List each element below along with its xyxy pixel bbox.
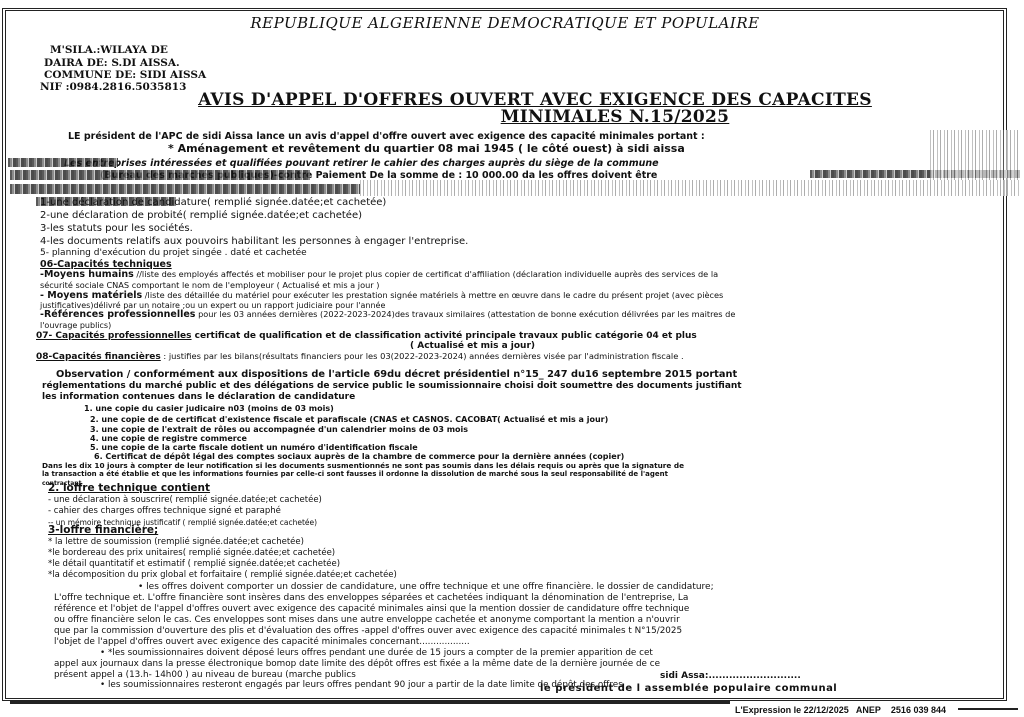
dossier-item-4: 4-les documents relatifs aux pouvoirs ha…	[40, 236, 468, 247]
publication-name: L'Expression le 22/12/2025	[735, 705, 849, 715]
references-text: pour les 03 années dernières (2022-2023-…	[195, 309, 735, 319]
dossier-item-3: 3-les statuts pour les sociétés.	[40, 223, 193, 234]
conditions-line6: l'objet de l'appel d'offres ouvert avec …	[54, 637, 470, 648]
observation-closing2: la transaction a été établie et que les …	[42, 469, 668, 480]
references-text2: l'ouvrage publics)	[40, 320, 111, 331]
observation-line3: les information contenues dans le déclar…	[42, 392, 355, 403]
capacites-financieres-text: : justifies par les bilans(résultats fin…	[161, 351, 684, 361]
capacites-professionnelles-heading: 07- Capacités professionnelles	[36, 331, 192, 341]
signature-place: sidi Assa:...........................	[660, 671, 801, 682]
conditions-line7: • *les soumissionnaires doivent déposé l…	[100, 648, 653, 659]
capacites-financieres-heading: 08-Capacités financières	[36, 352, 161, 362]
conditions-line4: ou offre financière selon le cas. Ces en…	[54, 615, 680, 626]
scan-noise	[10, 170, 310, 180]
offre-technique-item-1: - une déclaration à souscrire( remplié s…	[48, 495, 322, 506]
notice-title-line2: MINIMALES N.15/2025	[80, 107, 1024, 127]
daira-line: DAIRA DE: S.DI AISSA.	[44, 57, 180, 69]
conditions-line3: référence et l'objet de l'appel d'offres…	[54, 604, 689, 615]
scan-noise	[930, 130, 1020, 180]
signature-title: le président de l assemblée populaire co…	[540, 683, 837, 694]
moyens-humains-text: //liste des employés affectés et mobilis…	[134, 269, 718, 279]
dossier-item-2: 2-une déclaration de probité( remplié si…	[40, 210, 362, 221]
publication-footer: L'Expression le 22/12/2025 ANEP 2516 039…	[735, 705, 946, 715]
reference-number: 2516 039 844	[891, 705, 946, 715]
intro-line1: LE président de l'APC de sidi Aissa lanc…	[68, 131, 705, 142]
intro-project: * Aménagement et revêtement du quartier …	[168, 143, 685, 154]
moyens-materiels-text: /liste des détaillée du matériel pour ex…	[142, 290, 723, 300]
dossier-item-5: 5- planning d'exécution du projet singée…	[40, 248, 307, 259]
wilaya-line: M'SILA.:WILAYA DE	[50, 44, 168, 56]
observation-line1: Observation / conformément aux dispositi…	[56, 369, 737, 380]
offre-financiere-item-1: * la lettre de soumission (remplié signé…	[48, 537, 304, 548]
scan-noise	[360, 180, 1020, 196]
republic-heading: REPUBLIQUE ALGERIENNE DEMOCRATIQUE ET PO…	[0, 14, 1010, 32]
conditions-line5: que par la commission d'ouverture des pl…	[54, 626, 682, 637]
offre-financiere-item-4: *la décomposition du prix global et forf…	[48, 570, 397, 581]
conditions-line1: • les offres doivent comporter un dossie…	[138, 582, 714, 593]
scan-noise	[10, 184, 360, 194]
conditions-line2: L'offre technique et. L'offre financière…	[54, 593, 688, 604]
footer-rule	[10, 701, 730, 704]
capacites-financieres: 08-Capacités financières : justifies par…	[36, 351, 684, 363]
offre-technique-heading: 2. loffre technique contient	[48, 483, 210, 494]
capacites-professionnelles-text: certificat de qualification et de classi…	[192, 331, 697, 341]
dossier-item-1: 1-une déclaration de candidature( rempli…	[40, 197, 386, 208]
footer-rule-right	[958, 708, 1018, 710]
moyens-humains: -Moyens humains //liste des employés aff…	[40, 269, 718, 280]
observation-line2: réglementations du marché public et des …	[42, 381, 742, 392]
moyens-humains-label: -Moyens humains	[40, 269, 134, 280]
offre-technique-item-2: - cahier des charges offres technique si…	[48, 506, 281, 517]
offre-financiere-item-3: *le détail quantitatif et estimatif ( re…	[48, 559, 340, 570]
offre-financiere-heading: 3-loffre financière;	[48, 525, 158, 536]
references: -Références professionnelles pour les 03…	[40, 309, 735, 320]
intro-line3: Les entreprises intéressées et qualifiée…	[64, 158, 659, 169]
agency-name: ANEP	[856, 705, 881, 715]
capacites-professionnelles: 07- Capacités professionnelles certifica…	[36, 331, 697, 342]
commune-line: COMMUNE DE: SIDI AISSA	[44, 69, 206, 81]
observation-item-1: 1. une copie du casier judicaire n03 (mo…	[84, 403, 334, 414]
offre-financiere-item-2: *le bordereau des prix unitaires( rempli…	[48, 548, 335, 559]
scan-noise	[8, 158, 118, 167]
conditions-line8: appel aux journaux dans la presse électr…	[54, 659, 660, 670]
references-label: -Références professionnelles	[40, 309, 195, 320]
